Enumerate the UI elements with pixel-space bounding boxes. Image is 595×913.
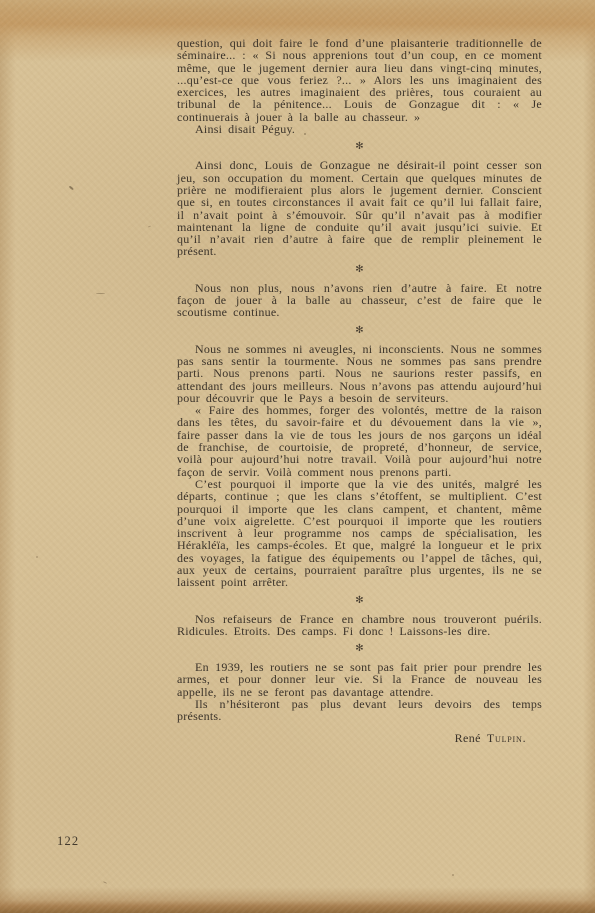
paragraph: Nos refaiseurs de France en chambre nous…: [177, 613, 542, 638]
paper-speck: [69, 186, 74, 190]
signature-period: .: [523, 731, 526, 745]
signature-last-name: Tulpin: [487, 731, 523, 745]
section-separator: ✻: [177, 325, 542, 336]
paragraph: Ainsi disait Péguy.: [177, 123, 542, 135]
paragraph: Ils n’hésiteront pas plus devant leurs d…: [177, 698, 542, 723]
paper-speck: [103, 881, 107, 884]
text-column: question, qui doit faire le fond d’une p…: [177, 37, 542, 744]
paper-speck: [148, 226, 151, 228]
book-page: question, qui doit faire le fond d’une p…: [0, 0, 595, 913]
author-signature: René Tulpin.: [177, 732, 542, 744]
signature-first-name: René: [455, 731, 481, 745]
paragraph: question, qui doit faire le fond d’une p…: [177, 37, 542, 123]
section-separator: ✻: [177, 595, 542, 606]
paper-speck: [96, 293, 105, 294]
paragraph: Nous non plus, nous n’avons rien d’autre…: [177, 282, 542, 319]
paper-speck: [452, 874, 454, 876]
section-separator: ✻: [177, 643, 542, 654]
paragraph: C’est pourquoi il importe que la vie des…: [177, 478, 542, 589]
paper-speck: [36, 556, 38, 558]
paragraph: Ainsi donc, Louis de Gonzague ne désirai…: [177, 159, 542, 257]
section-separator: ✻: [177, 264, 542, 275]
paragraph: « Faire des hommes, forger des volontés,…: [177, 404, 542, 478]
page-number: 122: [57, 834, 79, 849]
paragraph: En 1939, les routiers ne se sont pas fai…: [177, 661, 542, 698]
section-separator: ✻: [177, 141, 542, 152]
paragraph: Nous ne sommes ni aveugles, ni inconscie…: [177, 343, 542, 404]
